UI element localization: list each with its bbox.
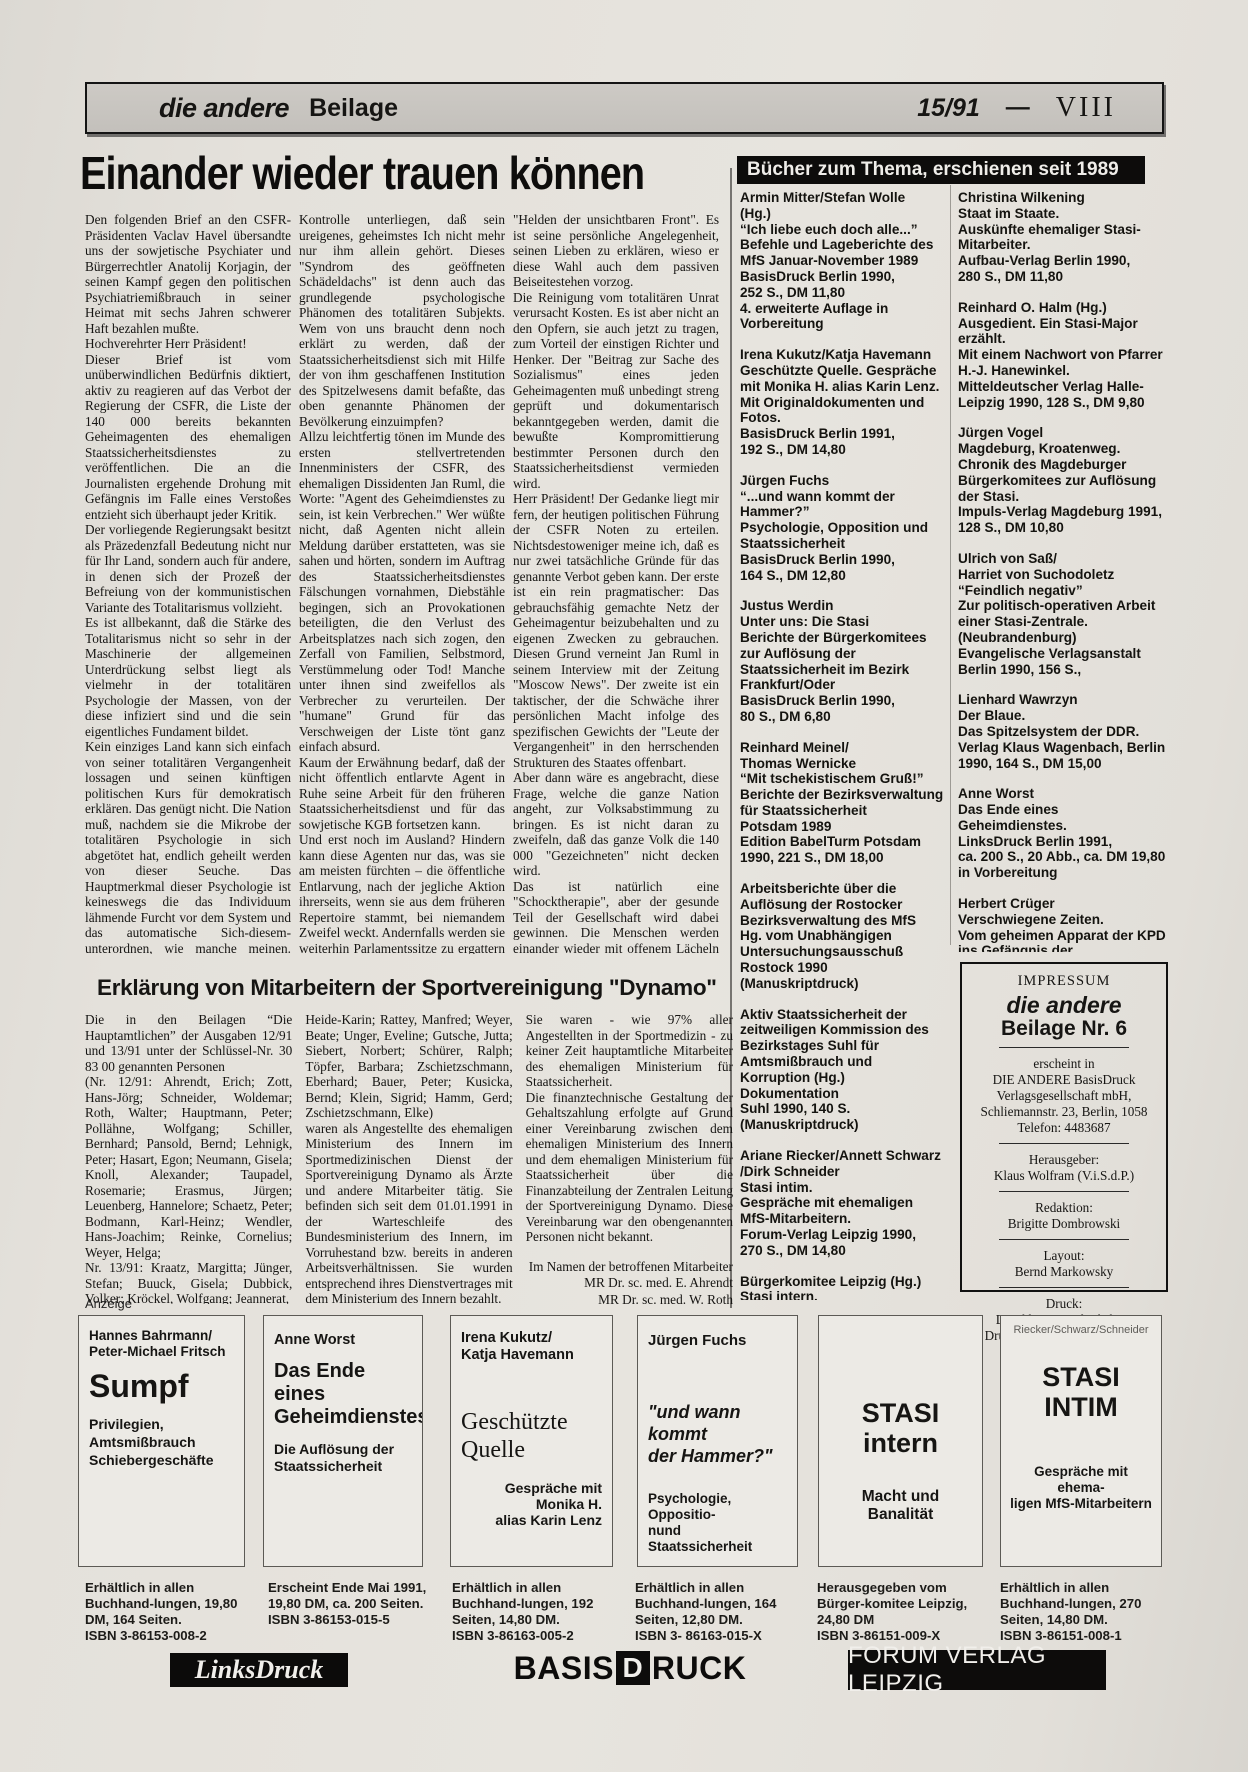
article-column-3-paragraphs: "Helden der unsichtbaren Front". Es ist … [513,212,719,954]
page-number-roman: VIII [1056,92,1116,124]
ad-cover-geschuetzte-quelle: Irena Kukutz/ Katja Havemann Geschützte … [450,1315,613,1567]
ad-cover-stasi-intern: STASI intern Macht und Banalität [818,1315,983,1567]
declaration-paragraph: Sie waren - wie 97% aller Angestellten i… [526,1012,733,1090]
article-column-2: Kontrolle unterliegen, daß sein ureigene… [299,212,505,954]
signature-line: MR Dr. sc. med. E. Ahrendt [526,1275,733,1292]
book-entry: Christina Wilkening Staat im Staate. Aus… [958,190,1170,285]
declaration-column-3-paragraphs: Sie waren - wie 97% aller Angestellten i… [526,1012,733,1245]
declaration-paragraph: (Nr. 12/91: Ahrendt, Erich; Zott, Hans-J… [85,1074,292,1260]
ad-subtitle: Privilegien, Amtsmißbrauch Schiebergesch… [89,1415,234,1469]
declaration-column-2: Heide-Karin; Rattey, Manfred; Weyer, Bea… [305,1012,512,1304]
ad-title: Geschützte Quelle [461,1408,602,1464]
basisdruck-logo-right: RUCK [652,1650,746,1687]
advert-label: Anzeige [85,1296,132,1311]
impressum-section: Redaktion: Brigitte Dombrowski [968,1191,1160,1232]
book-entry: Herbert Crüger Verschwiegene Zeiten. Vom… [958,896,1170,952]
forum-verlag-logo: FORUM VERLAG LEIPZIG [848,1650,1106,1690]
declaration-paragraph: Heide-Karin; Rattey, Manfred; Weyer, Bea… [305,1012,512,1121]
book-entry: Reinhard Meinel/ Thomas Wernicke “Mit ts… [740,740,946,866]
book-entry: Arbeitsberichte über die Auflösung der R… [740,881,946,992]
article-paragraph: Kontrolle unterliegen, daß sein ureigene… [299,212,505,429]
impressum-section: Layout: Bernd Markowsky [968,1239,1160,1280]
article-paragraph: "Helden der unsichtbaren Front". Es ist … [513,212,719,290]
declaration-paragraph: Die finanztechnische Gestaltung der Geha… [526,1090,733,1245]
ad-footer: Erhältlich in allen Buchhand-lungen, 270… [1000,1580,1172,1644]
ad-author: Anne Worst [274,1332,412,1348]
book-entry: Irena Kukutz/Katja Havemann Geschützte Q… [740,347,946,458]
linksdruck-logo: LinksDruck [170,1653,348,1687]
article-paragraph: Und erst noch im Ausland? Hindern kann d… [299,832,505,954]
article-paragraph: Kaum der Erwähnung bedarf, daß der nicht… [299,755,505,833]
column-rule-2 [950,185,951,945]
books-section-title: Bücher zum Thema, erschienen seit 1989 [737,156,1145,184]
main-headline: Einander wieder trauen können [80,146,734,200]
ad-cover-stasi-intim: Riecker/Schwarz/Schneider STASI INTIM Ge… [1000,1315,1162,1567]
book-entry: Bürgerkomitee Leipzig (Hg.) Stasi intern… [740,1274,946,1300]
ad-footer: Erscheint Ende Mai 1991, 19,80 DM, ca. 2… [268,1580,440,1628]
basisdruck-logo-d: D [616,1651,650,1685]
ad-footer: Herausgegeben vom Bürger-komitee Leipzig… [817,1580,989,1644]
ad-cover-hammer: Jürgen Fuchs "und wann kommt der Hammer?… [637,1315,798,1567]
ad-subtitle: Die Auflösung der Staatssicherheit [274,1441,412,1475]
ad-footer: Erhältlich in allen Buchhand-lungen, 192… [452,1580,624,1644]
book-entry: Ulrich von Saß/ Harriet von Suchodoletz … [958,551,1170,677]
masthead-bar: die andere Beilage 15/91 — VIII [85,82,1164,134]
article-paragraph: Aber dann wäre es angebracht, diese Frag… [513,770,719,879]
article-paragraph: Allzu leichtfertig tönen im Munde des er… [299,429,505,755]
article-paragraph: Der vorliegende Regierungsakt besitzt al… [85,522,291,615]
ad-author: Riecker/Schwarz/Schneider [1009,1324,1153,1336]
books-column-1: Armin Mitter/Stefan Wolle (Hg.) “Ich lie… [740,190,946,1300]
declaration-column-3: Sie waren - wie 97% aller Angestellten i… [526,1012,733,1304]
masthead-dash: — [1006,94,1030,122]
book-entry: Reinhard O. Halm (Hg.) Ausgedient. Ein S… [958,300,1170,411]
article-paragraph: Den folgenden Brief an den CSFR-Präsiden… [85,212,291,336]
declaration-columns: Die in den Beilagen “Die Hauptamtlichen”… [85,1012,733,1304]
basisdruck-logo-left: BASIS [514,1650,614,1687]
ad-title: Das Ende eines Geheimdienstes [274,1360,412,1429]
impressum-brand-line1: die andere [968,993,1160,1017]
ad-subtitle: Gespräche mit Monika H. alias Karin Lenz [461,1480,602,1528]
book-entry: Armin Mitter/Stefan Wolle (Hg.) “Ich lie… [740,190,946,332]
article-paragraph: Es ist allbekannt, daß die Stärke des To… [85,615,291,739]
ad-title: Sumpf [89,1368,234,1405]
impressum-label: IMPRESSUM [968,973,1160,989]
ad-cover-sumpf: Hannes Bahrmann/ Peter-Michael Fritsch S… [78,1315,245,1567]
basisdruck-logo: BASIS D RUCK [490,1648,770,1688]
ad-cover-das-ende: Anne Worst Das Ende eines Geheimdienstes… [263,1315,423,1567]
declaration-column-1: Die in den Beilagen “Die Hauptamtlichen”… [85,1012,292,1304]
newspaper-page: die andere Beilage 15/91 — VIII Einander… [0,0,1248,1772]
impressum-box: IMPRESSUM die andere Beilage Nr. 6 ersch… [960,962,1168,1292]
article-paragraph: Hochverehrter Herr Präsident! [85,336,291,352]
declaration-title: Erklärung von Mitarbeitern der Sportvere… [85,975,733,1001]
declaration-section: Erklärung von Mitarbeitern der Sportvere… [85,975,733,1305]
article-paragraph: Kein einziges Land kann sich einfach von… [85,739,291,954]
ad-subtitle: Psychologie, Oppositio- nund Staatssiche… [648,1491,787,1555]
signature-line: MR Dr. sc. med. W. Roth [526,1292,733,1305]
book-entry: Ariane Riecker/Annett Schwarz /Dirk Schn… [740,1148,946,1259]
masthead-brand-italic: die andere [159,93,289,124]
book-entry: Anne Worst Das Ende eines Geheimdienstes… [958,786,1170,881]
ad-footer: Erhältlich in allen Buchhand-lungen, 164… [635,1580,807,1644]
ad-title: "und wann kommt der Hammer?" [648,1401,787,1467]
ad-footer: Erhältlich in allen Buchhand-lungen, 19,… [85,1580,257,1644]
book-entry: Jürgen Vogel Magdeburg, Kroatenweg. Chro… [958,425,1170,536]
ad-subtitle: Macht und Banalität [829,1488,972,1524]
impressum-section: Herausgeber: Klaus Wolfram (V.i.S.d.P.) [968,1143,1160,1184]
impressum-brand-line2: Beilage Nr. 6 [968,1017,1160,1040]
masthead-brand-rest: Beilage [309,94,398,123]
impressum-section: erscheint in DIE ANDERE BasisDruck Verla… [968,1047,1160,1136]
article-column-3: "Helden der unsichtbaren Front". Es ist … [513,212,719,954]
declaration-paragraph: Die in den Beilagen “Die Hauptamtlichen”… [85,1012,292,1074]
article-paragraph: Herr Präsident! Der Gedanke liegt mir fe… [513,491,719,770]
article-paragraph: Die Reinigung vom totalitären Unrat veru… [513,290,719,492]
book-entry: Justus Werdin Unter uns: Die Stasi Beric… [740,598,946,724]
signature-line: Im Namen der betroffenen Mitarbeiter [526,1259,733,1276]
article-paragraph: Dieser Brief ist vom unüberwindlichen Be… [85,352,291,523]
books-column-2: Christina Wilkening Staat im Staate. Aus… [958,190,1170,952]
ad-title: STASI INTIM [1009,1362,1153,1422]
book-entry: Lienhard Wawrzyn Der Blaue. Das Spitzels… [958,692,1170,771]
impressum-sections: erscheint in DIE ANDERE BasisDruck Verla… [968,1047,1160,1360]
ad-subtitle: Gespräche mit ehema- ligen MfS-Mitarbeit… [1009,1464,1153,1512]
masthead-right: 15/91 — VIII [917,92,1116,124]
ad-title: STASI intern [829,1398,972,1458]
ad-author: Jürgen Fuchs [648,1332,787,1349]
book-entry: Aktiv Staatssicherheit der zeitweiligen … [740,1007,946,1133]
article-paragraph: Das ist natürlich eine "Schocktherapie",… [513,879,719,955]
declaration-paragraph: waren als Angestellte des ehemaligen Min… [305,1121,512,1305]
ad-author: Irena Kukutz/ Katja Havemann [461,1330,602,1364]
book-entry: Jürgen Fuchs “...und wann kommt der Hamm… [740,473,946,584]
issue-number: 15/91 [917,94,980,123]
article-column-1: Den folgenden Brief an den CSFR-Präsiden… [85,212,291,954]
ad-author: Hannes Bahrmann/ Peter-Michael Fritsch [89,1328,234,1360]
declaration-signatures: Im Namen der betroffenen MitarbeiterMR D… [526,1259,733,1305]
